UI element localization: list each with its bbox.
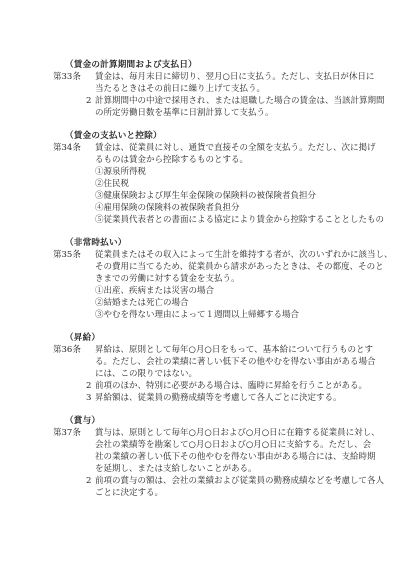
text-line: 前項のほか、特別に必要がある場合は、臨時に昇給を行うことがある。 <box>95 380 390 392</box>
article-number: 第36条 <box>53 344 86 356</box>
paragraph-number: 3 <box>86 392 95 404</box>
article-paragraph: 第37条賞与は、原則として毎年○月○日および○月○日に在籍する従業員に対し、会社… <box>53 427 390 475</box>
paragraph-text: 賃金は、従業員に対し、通貨で直接その全額を支払う。ただし、次に掲げるものは賃金か… <box>95 142 390 226</box>
rule-section: （賃金の支払いと控除）第34条賃金は、従業員に対し、通貨で直接その全額を支払う。… <box>53 130 390 226</box>
article-number: 第33条 <box>53 71 86 83</box>
paragraph-text: 賞与は、原則として毎年○月○日および○月○日に在籍する従業員に対し、会社の業績等… <box>95 427 390 475</box>
text-line: 昇給額は、従業員の勤務成績等を考慮して各人ごとに決定する。 <box>95 392 390 404</box>
text-line: ②住民税 <box>95 178 390 190</box>
text-line: 従業員またはその収入によって生計を維持する者が、次のいずれかに該当し、 <box>95 249 390 261</box>
text-line: ②結婚または死亡の場合 <box>95 297 390 309</box>
article-number: 第37条 <box>53 427 86 439</box>
text-line: きまでの労働に対する賃金を支払う。 <box>95 273 390 285</box>
document-page: （賃金の計算期間および支払日）第33条賃金は、毎月末日に締切り、翌月○日に支払う… <box>0 0 410 580</box>
article-paragraph: 3昇給額は、従業員の勤務成績等を考慮して各人ごとに決定する。 <box>53 392 390 404</box>
article-paragraph: 2前項の賞与の額は、会社の業績および従業員の勤務成績などを考慮して各人ごとに決定… <box>53 475 390 499</box>
paragraph-number: 2 <box>86 380 95 392</box>
section-heading: （賃金の計算期間および支払日） <box>65 59 390 71</box>
paragraph-number: 2 <box>86 475 95 487</box>
rule-section: （賞与）第37条賞与は、原則として毎年○月○日および○月○日に在籍する従業員に対… <box>53 415 390 499</box>
rule-section: （昇給）第36条昇給は、原則として毎年○月○日をもって、基本給について行うものと… <box>53 332 390 404</box>
article-paragraph: 第35条従業員またはその収入によって生計を維持する者が、次のいずれかに該当し、そ… <box>53 249 390 321</box>
section-heading: （賃金の支払いと控除） <box>65 130 390 142</box>
paragraph-text: 前項のほか、特別に必要がある場合は、臨時に昇給を行うことがある。 <box>95 380 390 392</box>
section-heading: （非常時払い） <box>65 237 390 249</box>
text-line: 社の業績の著しい低下その他やむを得ない事由がある場合には、支給時期 <box>95 451 390 463</box>
text-line: 計算期間中の中途で採用され、または退職した場合の賃金は、当該計算期間 <box>95 95 390 107</box>
paragraph-text: 前項の賞与の額は、会社の業績および従業員の勤務成績などを考慮して各人ごとに決定す… <box>95 475 390 499</box>
text-line: の所定労働日数を基準に日割計算して支払う。 <box>95 107 390 119</box>
text-line: ①出産、疾病または災害の場合 <box>95 285 390 297</box>
text-line: ④雇用保険の保険料の被保険者負担分 <box>95 202 390 214</box>
text-line: その費用に当てるため、従業員から請求があったときは、その都度、そのと <box>95 261 390 273</box>
paragraph-text: 昇給額は、従業員の勤務成績等を考慮して各人ごとに決定する。 <box>95 392 390 404</box>
article-paragraph: 2計算期間中の中途で採用され、または退職した場合の賃金は、当該計算期間の所定労働… <box>53 95 390 119</box>
text-line: るものは賃金から控除するものとする。 <box>95 154 390 166</box>
section-heading: （昇給） <box>65 332 390 344</box>
text-line: 賞与は、原則として毎年○月○日および○月○日に在籍する従業員に対し、 <box>95 427 390 439</box>
article-number: 第35条 <box>53 249 86 261</box>
article-number: 第34条 <box>53 142 86 154</box>
article-paragraph: 第34条賃金は、従業員に対し、通貨で直接その全額を支払う。ただし、次に掲げるもの… <box>53 142 390 226</box>
document-content: （賃金の計算期間および支払日）第33条賃金は、毎月末日に締切り、翌月○日に支払う… <box>53 59 390 499</box>
text-line: 賃金は、従業員に対し、通貨で直接その全額を支払う。ただし、次に掲げ <box>95 142 390 154</box>
paragraph-number: 2 <box>86 95 95 107</box>
text-line: ①源泉所得税 <box>95 166 390 178</box>
paragraph-text: 計算期間中の中途で採用され、または退職した場合の賃金は、当該計算期間の所定労働日… <box>95 95 390 119</box>
paragraph-text: 従業員またはその収入によって生計を維持する者が、次のいずれかに該当し、その費用に… <box>95 249 390 321</box>
text-line: には、この限りではない。 <box>95 368 390 380</box>
text-line: 賃金は、毎月末日に締切り、翌月○日に支払う。ただし、支払日が休日に <box>95 71 390 83</box>
text-line: ごとに決定する。 <box>95 487 390 499</box>
text-line: 昇給は、原則として毎年○月○日をもって、基本給について行うものとす <box>95 344 390 356</box>
rule-section: （非常時払い）第35条従業員またはその収入によって生計を維持する者が、次のいずれ… <box>53 237 390 321</box>
text-line: 当たるときはその前日に繰り上げて支払う。 <box>95 83 390 95</box>
article-paragraph: 第33条賃金は、毎月末日に締切り、翌月○日に支払う。ただし、支払日が休日に当たる… <box>53 71 390 95</box>
text-line: ③やむを得ない理由によって１週間以上帰郷する場合 <box>95 309 390 321</box>
rule-section: （賃金の計算期間および支払日）第33条賃金は、毎月末日に締切り、翌月○日に支払う… <box>53 59 390 119</box>
article-paragraph: 2前項のほか、特別に必要がある場合は、臨時に昇給を行うことがある。 <box>53 380 390 392</box>
text-line: 前項の賞与の額は、会社の業績および従業員の勤務成績などを考慮して各人 <box>95 475 390 487</box>
paragraph-text: 昇給は、原則として毎年○月○日をもって、基本給について行うものとする。ただし、会… <box>95 344 390 380</box>
text-line: ⑤従業員代表者との書面による協定により賃金から控除することとしたもの <box>95 214 390 226</box>
text-line: ③健康保険および厚生年金保険の保険料の被保険者負担分 <box>95 190 390 202</box>
paragraph-text: 賃金は、毎月末日に締切り、翌月○日に支払う。ただし、支払日が休日に当たるときはそ… <box>95 71 390 95</box>
section-heading: （賞与） <box>65 415 390 427</box>
text-line: 会社の業績等を勘案して○月○日および○月○日に支給する。ただし、会 <box>95 439 390 451</box>
text-line: を延期し、または支給しないことがある。 <box>95 463 390 475</box>
article-paragraph: 第36条昇給は、原則として毎年○月○日をもって、基本給について行うものとする。た… <box>53 344 390 380</box>
text-line: る。ただし、会社の業績に著しい低下その他やむを得ない事由がある場合 <box>95 356 390 368</box>
